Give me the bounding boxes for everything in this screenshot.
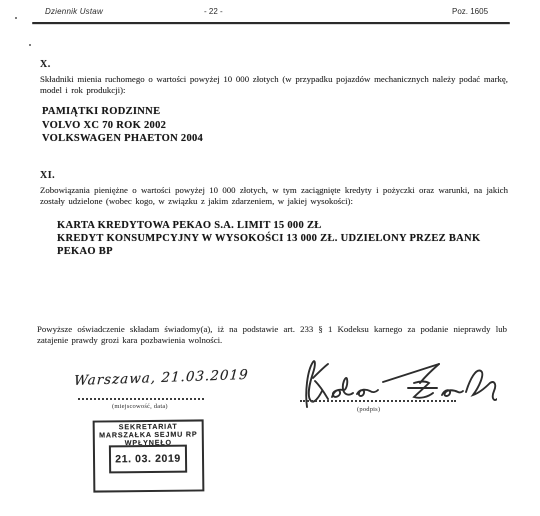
date-dotted-line [78,390,204,400]
section-x-number: X. [40,59,51,70]
date-caption: (miejscowość, data) [112,403,168,410]
header-page-number: - 22 - [204,7,223,17]
header-position-number: Poz. 1605 [452,7,488,17]
header-journal-title: Dziennik Ustaw [45,7,103,17]
document-page: Dziennik Ustaw - 22 - Poz. 1605 X. Skład… [0,0,540,516]
section-x-items: PAMIĄTKI RODZINNE VOLVO XC 70 ROK 2002 V… [42,105,203,146]
sejm-secretariat-stamp: SEKRETARIAT MARSZAŁKA SEJMU RP WPŁYNĘŁO … [93,419,205,492]
stamp-date-box: 21. 03. 2019 [109,445,187,474]
scan-speck [29,44,31,46]
section-xi-intro: Zobowiązania pieniężne o wartości powyże… [40,185,508,207]
asset-item: VOLKSWAGEN PHAETON 2004 [42,132,203,146]
signature-caption: (podpis) [357,406,380,413]
header-rule [32,22,510,24]
section-xi-number: XI. [40,170,55,181]
liability-item: KARTA KREDYTOWA PEKAO S.A. LIMIT 15 000 … [57,220,507,233]
scan-speck [15,17,17,19]
declaration-statement: Powyższe oświadczenie składam świadomy(a… [37,324,507,346]
handwritten-place-date: Warszawa, 21.03.2019 [73,367,249,389]
signature-dotted-line [300,392,456,402]
section-xi-items: KARTA KREDYTOWA PEKAO S.A. LIMIT 15 000 … [57,220,507,258]
asset-item: PAMIĄTKI RODZINNE [42,105,203,119]
asset-item: VOLVO XC 70 ROK 2002 [42,119,203,133]
section-x-intro: Składniki mienia ruchomego o wartości po… [40,74,508,96]
stamp-date: 21. 03. 2019 [115,453,181,466]
liability-item: KREDYT KONSUMPCYJNY W WYSOKOŚCI 13 000 Z… [57,233,507,259]
